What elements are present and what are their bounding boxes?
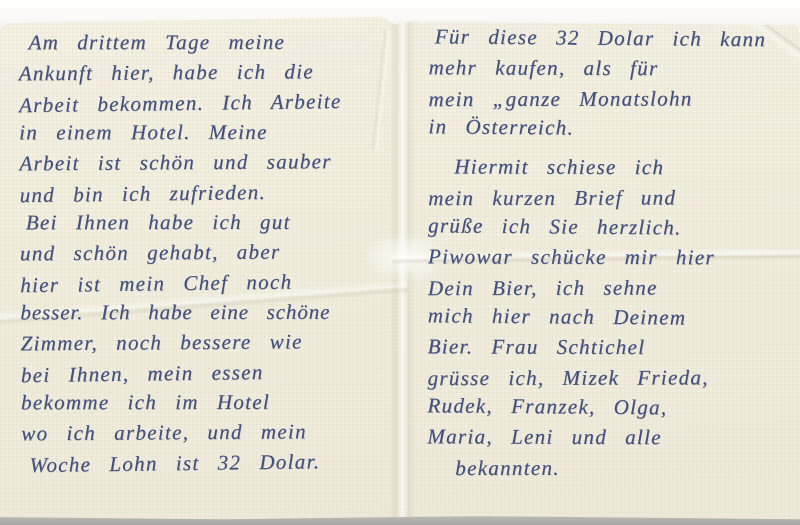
handwritten-line: bei Ihnen, mein essen [21,355,416,390]
handwritten-line: Ankunft hier, habe ich die [19,56,414,89]
handwritten-line: Arbeit bekommen. Ich Arbeite [19,85,414,120]
handwritten-line: Hiermit schiese ich [428,151,800,182]
handwritten-line: Am drittem Tage meine [19,27,414,58]
handwritten-line: Arbeit ist schön und sauber [19,146,414,179]
handwritten-line: Dein Bier, ich sehne [428,272,800,303]
handwritten-line: Rudek, Franzek, Olga, [427,390,800,423]
handwritten-line: Bier. Frau Schtichel [428,331,800,362]
handwritten-line: besser. Ich habe eine schöne [20,297,415,328]
handwritten-line: mein „ganze Monatslohn [428,83,800,114]
handwritten-line: mein kurzen Brief und [428,182,800,213]
letter-paper: Am drittem Tage meineAnkunft hier, habe … [0,0,800,525]
handwritten-line: in Österreich. [428,111,800,144]
handwritten-line: Zimmer, noch bessere wie [21,326,416,359]
right-page-text: Für diese 32 Dolar ich kannmehr kaufen, … [427,22,800,482]
handwritten-line: in einem Hotel. Meine [19,117,414,148]
handwritten-line: Für diese 32 Dolar ich kann [429,21,800,54]
handwritten-line: grüsse ich, Mizek Frieda, [428,362,800,393]
handwritten-line: mehr kaufen, als für [429,52,800,83]
handwritten-line: bekannten. [427,452,800,483]
handwritten-line: grüße ich Sie herzlich. [428,210,800,243]
handwritten-line: und schön gehabt, aber [20,236,415,269]
handwritten-line: wo ich arbeite, und mein [21,416,416,449]
handwritten-line: bekomme ich im Hotel [21,387,416,418]
handwritten-line: Woche Lohn ist 32 Dolar. [21,445,416,480]
handwritten-line: Piwowar schücke mir hier [428,241,800,272]
letter-scan: Am drittem Tage meineAnkunft hier, habe … [0,0,800,525]
handwritten-line: hier ist mein Chef noch [20,265,415,300]
handwritten-line: mich hier nach Deinem [428,300,800,333]
handwritten-line: Bei Ihnen habe ich gut [20,207,415,238]
handwritten-line: und bin ich zufrieden. [19,175,414,210]
left-page-text: Am drittem Tage meineAnkunft hier, habe … [18,26,416,479]
handwritten-line: Maria, Leni und alle [427,421,800,452]
